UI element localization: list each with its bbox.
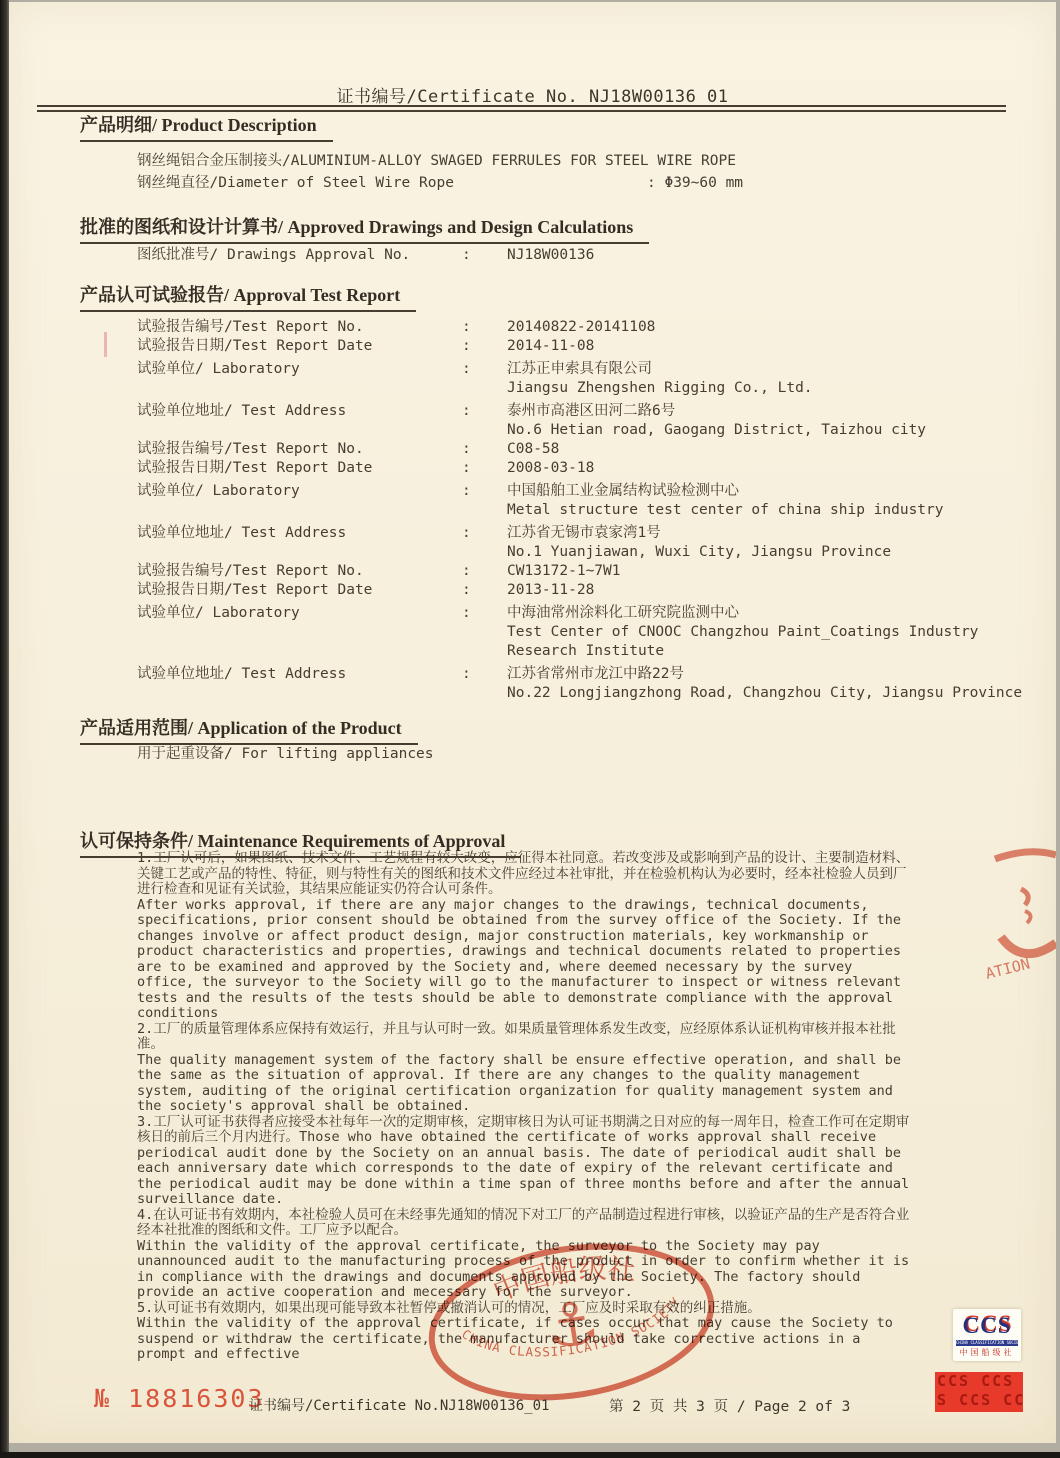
row-label: 试验单位地址/ Test Address [137, 665, 462, 684]
row-label: 试验单位地址/ Test Address [137, 402, 462, 421]
test-report-row: 试验报告编号/Test Report No.:C08-58 [137, 440, 1026, 459]
product-description-body: 钢丝绳铝合金压制接头/ALUMINIUM-ALLOY SWAGED FERRUL… [137, 150, 743, 194]
test-report-row: 试验报告编号/Test Report No.:CW13172-1~7W1 [137, 562, 1026, 581]
drawings-approval-row: 图纸批准号/ Drawings Approval No. : NJ18W0013… [137, 246, 1016, 265]
row-label: 图纸批准号/ Drawings Approval No. [137, 246, 462, 265]
scan-edge-left [0, 0, 9, 1458]
row-value: 中海油常州涂料化工研究院监测中心Test Center of CNOOC Cha… [507, 604, 1026, 661]
certificate-number-header: 证书编号/Certificate No. NJ18W00136_01 [9, 82, 1056, 107]
row-value: 2008-03-18 [507, 459, 1026, 478]
test-report-row: 试验单位地址/ Test Address:泰州市高港区田河二路6号No.6 He… [137, 402, 1026, 440]
row-label: 试验报告编号/Test Report No. [137, 318, 462, 337]
section-heading: 批准的图纸和设计计算书/ Approved Drawings and Desig… [80, 213, 649, 244]
row-label: 试验单位地址/ Test Address [137, 524, 462, 543]
row-value: 中国船舶工业金属结构试验检测中心Metal structure test cen… [507, 482, 1026, 520]
section-product-description: 产品明细/ Product Description [80, 111, 333, 142]
colon: : [462, 524, 507, 543]
row-value: 江苏省常州市龙江中路22号No.22 Longjiangzhong Road, … [507, 665, 1026, 703]
row-label: 试验报告日期/Test Report Date [137, 337, 462, 356]
colon: : [462, 482, 507, 501]
maintenance-item-en: After works approval, if there are any m… [137, 897, 901, 1022]
serial-number: № 18816303 [94, 1384, 265, 1413]
test-report-row: 试验单位/ Laboratory:中海油常州涂料化工研究院监测中心Test Ce… [137, 604, 1026, 661]
maintenance-item: 3.工厂认可证书获得者应接受本社每年一次的定期审核，定期审核日为认可证书期满之日… [137, 1115, 917, 1208]
test-report-row: 试验单位/ Laboratory:中国船舶工业金属结构试验检测中心Metal s… [137, 482, 1026, 520]
product-diameter-line: 钢丝绳直径/Diameter of Steel Wire Rope: Φ39~6… [137, 172, 743, 194]
certificate-paper: 证书编号/Certificate No. NJ18W00136_01 产品明细/… [9, 2, 1056, 1443]
maintenance-item-zh: 4.在认可证书有效期内，本社检验人员可在未经事先通知的情况下对工厂的产品制造过程… [137, 1208, 917, 1239]
diameter-value: Φ39~60 mm [664, 175, 743, 191]
row-label: 试验报告日期/Test Report Date [137, 459, 462, 478]
row-value: CW13172-1~7W1 [507, 562, 1026, 581]
row-label: 试验单位/ Laboratory [137, 482, 462, 501]
row-value: 江苏正申索具有限公司Jiangsu Zhengshen Rigging Co.,… [507, 360, 1026, 398]
row-value: 江苏省无锡市袁家湾1号No.1 Yuanjiawan, Wuxi City, J… [507, 524, 1026, 562]
row-label: 试验报告编号/Test Report No. [137, 562, 462, 581]
test-report-row: 试验报告编号/Test Report No.:20140822-20141108 [137, 318, 1026, 337]
colon: : [462, 402, 507, 421]
test-report-row: 试验报告日期/Test Report Date:2013-11-28 [137, 581, 1026, 600]
colon: : [462, 337, 507, 356]
row-label: 试验单位/ Laboratory [137, 360, 462, 379]
maintenance-item-zh: 1.工厂认可后，如果图纸、技术文件、工艺规程有较大改变，应征得本社同意。若改变涉… [137, 851, 917, 898]
row-label: 试验单位/ Laboratory [137, 604, 462, 623]
test-report-row: 试验报告日期/Test Report Date:2014-11-08 [137, 337, 1026, 356]
section-heading: 产品适用范围/ Application of the Product [80, 714, 418, 745]
test-report-row: 试验单位地址/ Test Address:江苏省常州市龙江中路22号No.22 … [137, 665, 1026, 703]
scan-artifact-mark [104, 332, 107, 357]
section-heading: 产品认可试验报告/ Approval Test Report [80, 281, 416, 312]
ccs-logo-bar: CHINA CLASSIFICATION SOCIETY [956, 1340, 1018, 1346]
row-value: 20140822-20141108 [507, 318, 1026, 337]
drawings-body: 图纸批准号/ Drawings Approval No. : NJ18W0013… [137, 246, 1016, 265]
ccs-logo-text: CCS CCS [956, 1314, 1018, 1338]
row-value: 2013-11-28 [507, 581, 1026, 600]
row-label: 试验报告日期/Test Report Date [137, 581, 462, 600]
row-value: 2014-11-08 [507, 337, 1026, 356]
colon: : [462, 604, 507, 623]
maintenance-item: 1.工厂认可后，如果图纸、技术文件、工艺规程有较大改变，应征得本社同意。若改变涉… [137, 851, 917, 1022]
application-text: 用于起重设备/ For lifting appliances [137, 745, 434, 764]
maintenance-item-en: The quality management system of the fac… [137, 1052, 901, 1115]
row-value: C08-58 [507, 440, 1026, 459]
row-value: NJ18W00136 [507, 246, 1016, 265]
section-approved-drawings: 批准的图纸和设计计算书/ Approved Drawings and Desig… [80, 213, 649, 244]
ccs-logo: CCS CCS CHINA CLASSIFICATION SOCIETY 中国船… [953, 1309, 1021, 1361]
test-report-row: 试验单位地址/ Test Address:江苏省无锡市袁家湾1号No.1 Yua… [137, 524, 1026, 562]
colon: : [462, 459, 507, 478]
stamp-fragment-text: ATION [984, 954, 1032, 982]
footer-certificate-number: 证书编号/Certificate No.NJ18W00136_01 [249, 1395, 549, 1415]
scanned-certificate-page: 证书编号/Certificate No. NJ18W00136_01 产品明细/… [0, 0, 1060, 1458]
colon: : [462, 440, 507, 459]
section-heading: 产品明细/ Product Description [80, 111, 333, 142]
row-value: 泰州市高港区田河二路6号No.6 Hetian road, Gaogang Di… [507, 402, 1026, 440]
maintenance-item: 2.工厂的质量管理体系应保持有效运行，并且与认可时一致。如果质量管理体系发生改变… [137, 1022, 917, 1115]
page-indicator: 第 2 页 共 3 页 / Page 2 of 3 [609, 1395, 850, 1416]
product-name-line: 钢丝绳铝合金压制接头/ALUMINIUM-ALLOY SWAGED FERRUL… [137, 150, 743, 172]
colon: : [462, 246, 507, 265]
colon: : [462, 360, 507, 379]
section-approval-test-report: 产品认可试验报告/ Approval Test Report [80, 281, 416, 312]
row-label: 试验报告编号/Test Report No. [137, 440, 462, 459]
colon: : [462, 665, 507, 684]
colon: : [647, 175, 664, 191]
ccs-red-sticker: CCS CCS S CCS CC [935, 1372, 1023, 1412]
test-report-rows: 试验报告编号/Test Report No.:20140822-20141108… [137, 318, 1026, 703]
ccs-logo-cn: 中国船级社 [956, 1347, 1018, 1358]
diameter-label: 钢丝绳直径/Diameter of Steel Wire Rope [137, 172, 647, 194]
maintenance-item-zh: 2.工厂的质量管理体系应保持有效运行，并且与认可时一致。如果质量管理体系发生改变… [137, 1022, 917, 1053]
scan-edge-bottom [0, 1452, 1060, 1458]
partial-stamp-fragment: ATION [981, 845, 1056, 995]
colon: : [462, 562, 507, 581]
test-report-row: 试验报告日期/Test Report Date:2008-03-18 [137, 459, 1026, 478]
colon: : [462, 581, 507, 600]
section-application: 产品适用范围/ Application of the Product [80, 714, 418, 745]
colon: : [462, 318, 507, 337]
test-report-row: 试验单位/ Laboratory:江苏正申索具有限公司Jiangsu Zheng… [137, 360, 1026, 398]
